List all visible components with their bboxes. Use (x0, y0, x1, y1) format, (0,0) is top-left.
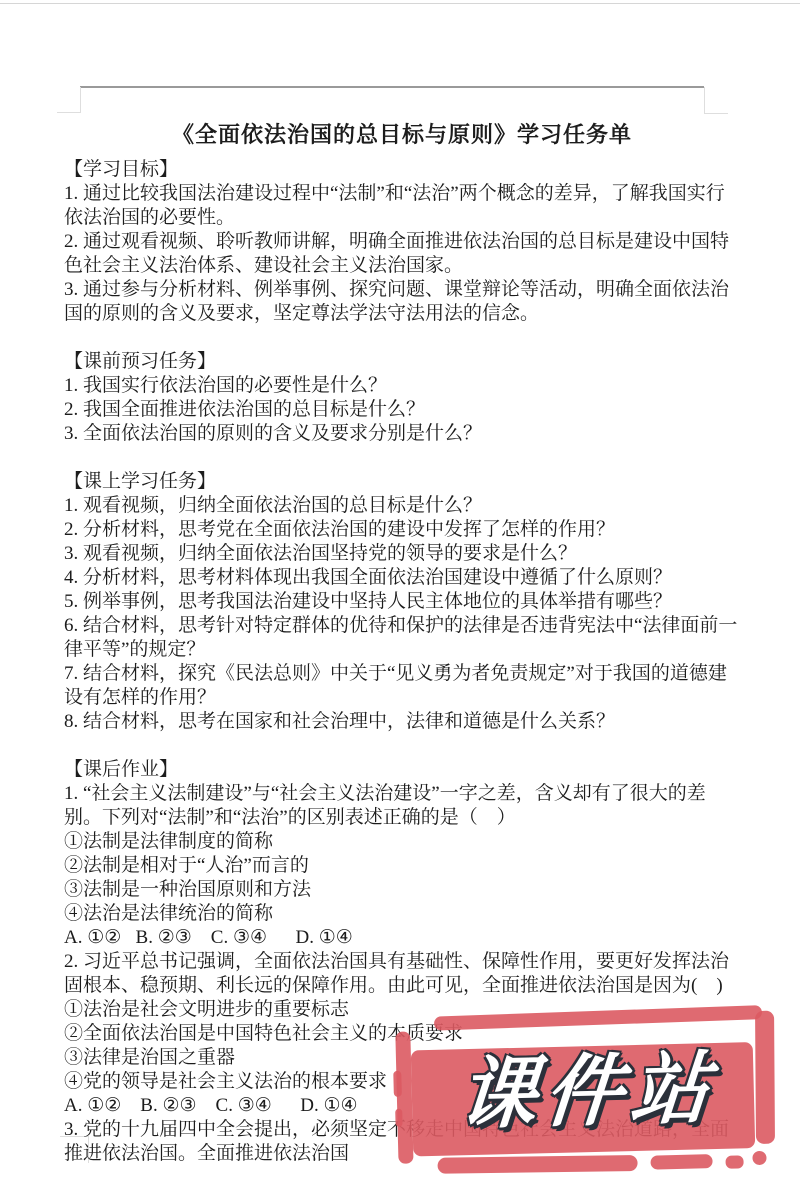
paragraph: ③法制是一种治国原则和方法 (64, 878, 740, 902)
paragraph: 7. 结合材料，探究《民法总则》中关于“见义勇为者免责规定”对于我国的道德建设有… (64, 662, 740, 710)
document-page: 《全面依法治国的总目标与原则》学习任务单 【学习目标】1. 通过比较我国法治建设… (0, 0, 800, 1200)
section-heading: 【课前预习任务】 (64, 350, 740, 374)
document-title: 《全面依法治国的总目标与原则》学习任务单 (64, 120, 740, 150)
paragraph: 1. “社会主义法制建设”与“社会主义法治建设”一字之差，含义却有了很大的差别。… (64, 782, 740, 830)
paragraph: ④党的领导是社会主义法治的根本要求 (64, 1070, 740, 1094)
section-heading: 【课上学习任务】 (64, 470, 740, 494)
stamp-border-right (755, 1011, 775, 1144)
margin-crop-mark-top-right (704, 113, 728, 114)
sections-container: 【学习目标】1. 通过比较我国法治建设过程中“法制”和“法治”两个概念的差异，了… (64, 158, 740, 1166)
page-top-rule (0, 3, 800, 4)
margin-crop-mark-top-left (57, 112, 81, 113)
paragraph: 3. 党的十九届四中全会提出，必须坚定不移走中国特色社会主义法治道路，全面推进依… (64, 1118, 740, 1166)
paragraph: ③法律是治国之重器 (64, 1046, 740, 1070)
document-section: 【课后作业】1. “社会主义法制建设”与“社会主义法治建设”一字之差，含义却有了… (64, 758, 740, 1166)
paragraph: 2. 通过观看视频、聆听教师讲解，明确全面推进依法治国的总目标是建设中国特色社会… (64, 230, 740, 278)
paragraph: 2. 分析材料，思考党在全面依法治国的建设中发挥了怎样的作用？ (64, 518, 740, 542)
paragraph: 1. 我国实行依法治国的必要性是什么？ (64, 374, 740, 398)
margin-crop-mark-top-right (704, 87, 705, 114)
paragraph: ④法治是法律统治的简称 (64, 902, 740, 926)
section-heading: 【课后作业】 (64, 758, 740, 782)
paragraph: A. ①② B. ②③ C. ③④ D. ①④ (64, 1094, 740, 1118)
paragraph: A. ①② B. ②③ C. ③④ D. ①④ (64, 926, 740, 950)
stamp-border-bottom-dot (752, 1151, 766, 1165)
paragraph: 3. 全面依法治国的原则的含义及要求分别是什么？ (64, 422, 740, 446)
paragraph: 2. 习近平总书记强调，全面依法治国具有基础性、保障性作用，要更好发挥法治固根本… (64, 950, 740, 998)
paragraph: 8. 结合材料，思考在国家和社会治理中，法律和道德是什么关系？ (64, 710, 740, 734)
document-section: 【课上学习任务】1. 观看视频，归纳全面依法治国的总目标是什么？2. 分析材料，… (64, 470, 740, 734)
paragraph: 2. 我国全面推进依法治国的总目标是什么？ (64, 398, 740, 422)
paragraph: 5. 例举事例，思考我国法治建设中坚持人民主体地位的具体举措有哪些？ (64, 590, 740, 614)
paragraph: ②全面依法治国是中国特色社会主义的本质要求 (64, 1022, 740, 1046)
paragraph: 1. 观看视频，归纳全面依法治国的总目标是什么？ (64, 494, 740, 518)
paragraph: 3. 观看视频，归纳全面依法治国坚持党的领导的要求是什么？ (64, 542, 740, 566)
paragraph: ②法制是相对于“人治”而言的 (64, 854, 740, 878)
paragraph: ①法制是法律制度的简称 (64, 830, 740, 854)
document-body: 《全面依法治国的总目标与原则》学习任务单 【学习目标】1. 通过比较我国法治建设… (64, 120, 740, 1166)
paragraph: 6. 结合材料，思考针对特定群体的优待和保护的法律是否违背宪法中“法律面前一律平… (64, 614, 740, 662)
header-divider-line (80, 86, 704, 88)
paragraph: ①法治是社会文明进步的重要标志 (64, 998, 740, 1022)
paragraph: 3. 通过参与分析材料、例举事例、探究问题、课堂辩论等活动，明确全面依法治国的原… (64, 278, 740, 326)
paragraph: 4. 分析材料，思考材料体现出我国全面依法治国建设中遵循了什么原则？ (64, 566, 740, 590)
paragraph: 1. 通过比较我国法治建设过程中“法制”和“法治”两个概念的差异，了解我国实行依… (64, 182, 740, 230)
document-section: 【课前预习任务】1. 我国实行依法治国的必要性是什么？2. 我国全面推进依法治国… (64, 350, 740, 446)
document-section: 【学习目标】1. 通过比较我国法治建设过程中“法制”和“法治”两个概念的差异，了… (64, 158, 740, 326)
margin-crop-mark-top-left (80, 87, 81, 113)
section-heading: 【学习目标】 (64, 158, 740, 182)
